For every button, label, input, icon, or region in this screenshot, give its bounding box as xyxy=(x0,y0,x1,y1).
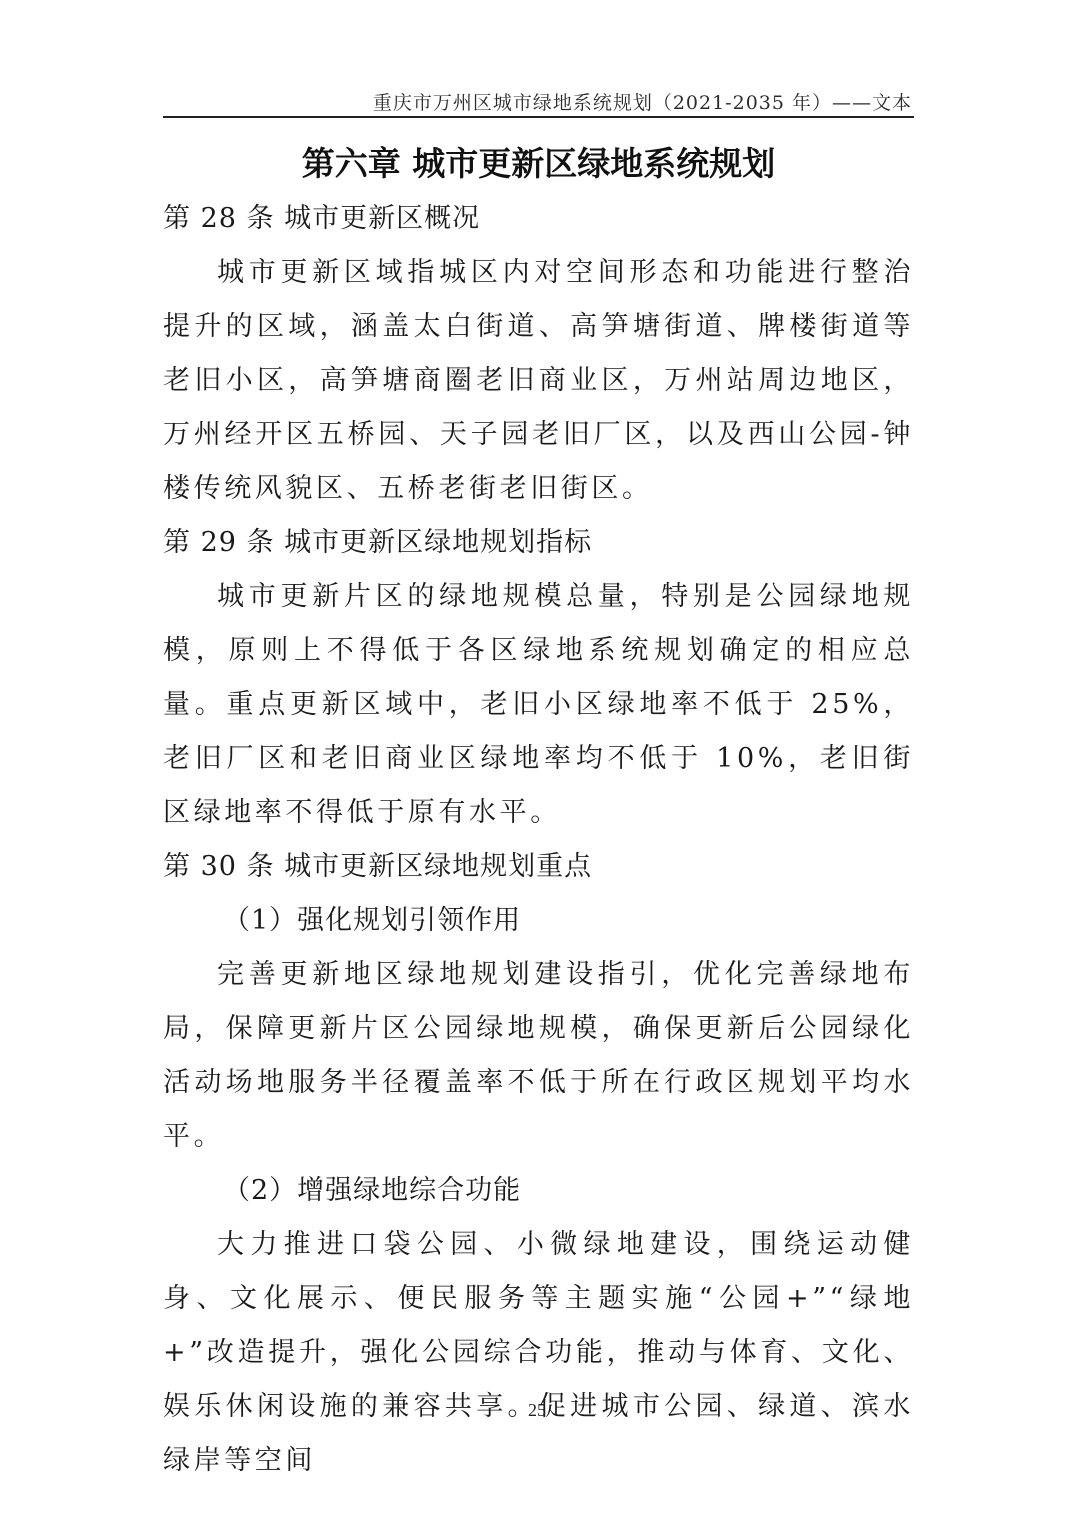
article-30-paragraph-2: 大力推进口袋公园、小微绿地建设，围绕运动健身、文化展示、便民服务等主题实施“公园… xyxy=(163,1218,914,1488)
running-header: 重庆市万州区城市绿地系统规划（2021-2035 年）——文本 xyxy=(165,88,912,115)
document-body: 第 28 条 城市更新区概况 城市更新区域指城区内对空间形态和功能进行整治提升的… xyxy=(163,192,914,1488)
header-divider xyxy=(163,116,914,118)
article-30-subheading-1: （1）强化规划引领作用 xyxy=(163,894,914,948)
page-number: 25 xyxy=(0,1400,1074,1421)
article-28-heading: 第 28 条 城市更新区概况 xyxy=(163,192,914,246)
chapter-title: 第六章 城市更新区绿地系统规划 xyxy=(163,138,914,185)
article-30-paragraph-1: 完善更新地区绿地规划建设指引，优化完善绿地布局，保障更新片区公园绿地规模，确保更… xyxy=(163,948,914,1164)
article-29-paragraph: 城市更新片区的绿地规模总量，特别是公园绿地规模，原则上不得低于各区绿地系统规划确… xyxy=(163,570,914,840)
article-30-heading: 第 30 条 城市更新区绿地规划重点 xyxy=(163,840,914,894)
article-29-heading: 第 29 条 城市更新区绿地规划指标 xyxy=(163,516,914,570)
article-28-paragraph: 城市更新区域指城区内对空间形态和功能进行整治提升的区域，涵盖太白街道、高笋塘街道… xyxy=(163,246,914,516)
article-30-subheading-2: （2）增强绿地综合功能 xyxy=(163,1164,914,1218)
